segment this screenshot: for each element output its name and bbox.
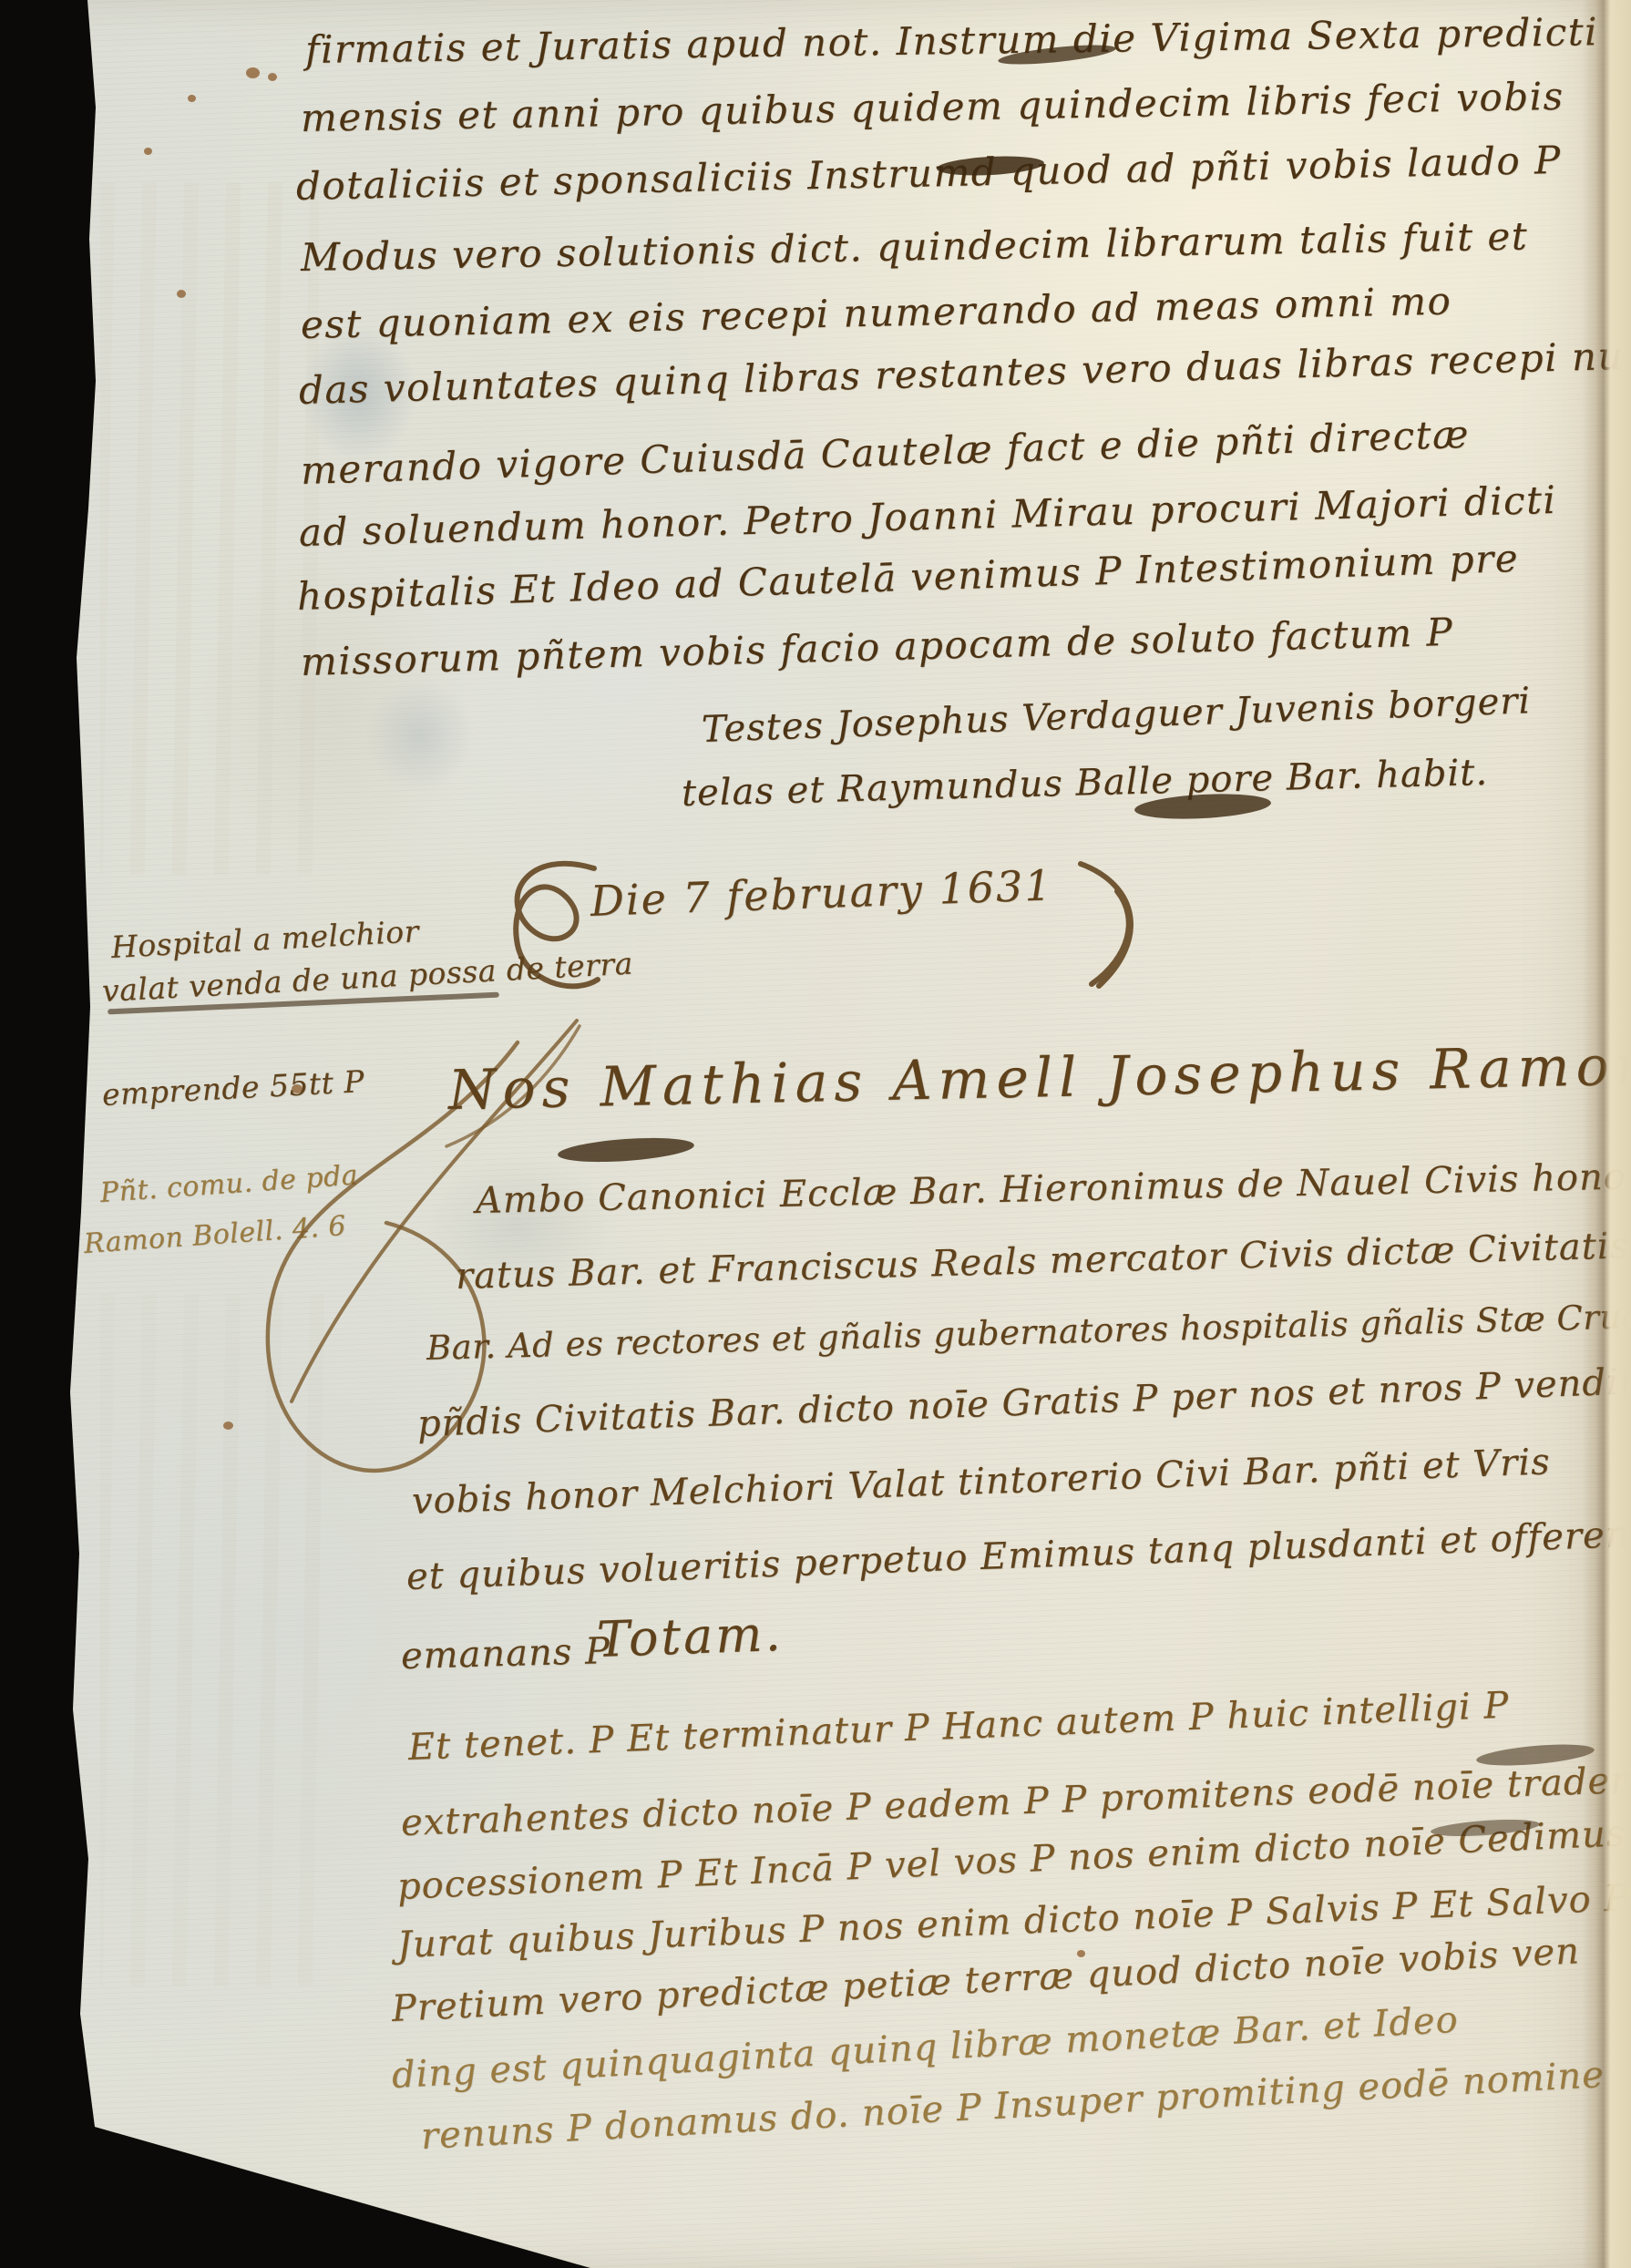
- scan-background: firmatis et Juratis apud not. Instrum di…: [0, 0, 1631, 2268]
- ink-spot: [268, 73, 277, 81]
- venda-line: ratus Bar. et Franciscus Reals mercator …: [455, 1225, 1629, 1298]
- date-line: Die 7 february 1631: [590, 860, 1053, 926]
- apoca-line: merando vigore Cuiusdā Cautelæ fact e di…: [300, 412, 1470, 493]
- ink-spot: [144, 148, 152, 155]
- venda-line: Bar. Ad es rectores et gñalis gubernator…: [426, 1296, 1631, 1368]
- venda-totam: Totam.: [596, 1605, 785, 1668]
- apoca-line: Modus vero solutionis dict. quindecim li…: [301, 213, 1529, 280]
- apoca-line: das voluntates quinq libras restantes ve…: [298, 334, 1624, 413]
- apoca-line: missorum pñtem vobis facio apocam de sol…: [300, 610, 1453, 684]
- venda-opening: Nos Mathias Amell Josephus Ramon: [447, 1033, 1631, 1123]
- manuscript-page: firmatis et Juratis apud not. Instrum di…: [0, 0, 1631, 2268]
- ink-spot: [188, 95, 196, 102]
- clause-line: Et tenet. P Et terminatur P Hanc autem P…: [407, 1685, 1510, 1769]
- witness-line: Testes Josephus Verdaguer Juvenis borger…: [701, 680, 1532, 751]
- apoca-line: mensis et anni pro quibus quidem quindec…: [301, 74, 1564, 140]
- witness-line: telas et Raymundus Balle pore Bar. habit…: [681, 752, 1488, 815]
- apoca-line: dotaliciis et sponsaliciis Instrumd quod…: [295, 138, 1562, 209]
- venda-closing-word: emanans P: [400, 1630, 610, 1678]
- date-right-flourish: [1064, 847, 1155, 993]
- venda-line: Ambo Canonici Ecclæ Bar. Hieronimus de N…: [476, 1156, 1627, 1222]
- ink-spot: [246, 67, 260, 78]
- page-binding-edge: [1582, 0, 1631, 2268]
- apoca-line: est quoniam ex eis recepi numerando ad m…: [300, 279, 1451, 347]
- ink-spot: [177, 290, 186, 298]
- apoca-line: firmatis et Juratis apud not. Instrum di…: [305, 9, 1599, 72]
- venda-line: et quibus volueritis perpetuo Emimus tan…: [405, 1510, 1631, 1598]
- margin-note-line: Hospital a melchior: [110, 913, 420, 965]
